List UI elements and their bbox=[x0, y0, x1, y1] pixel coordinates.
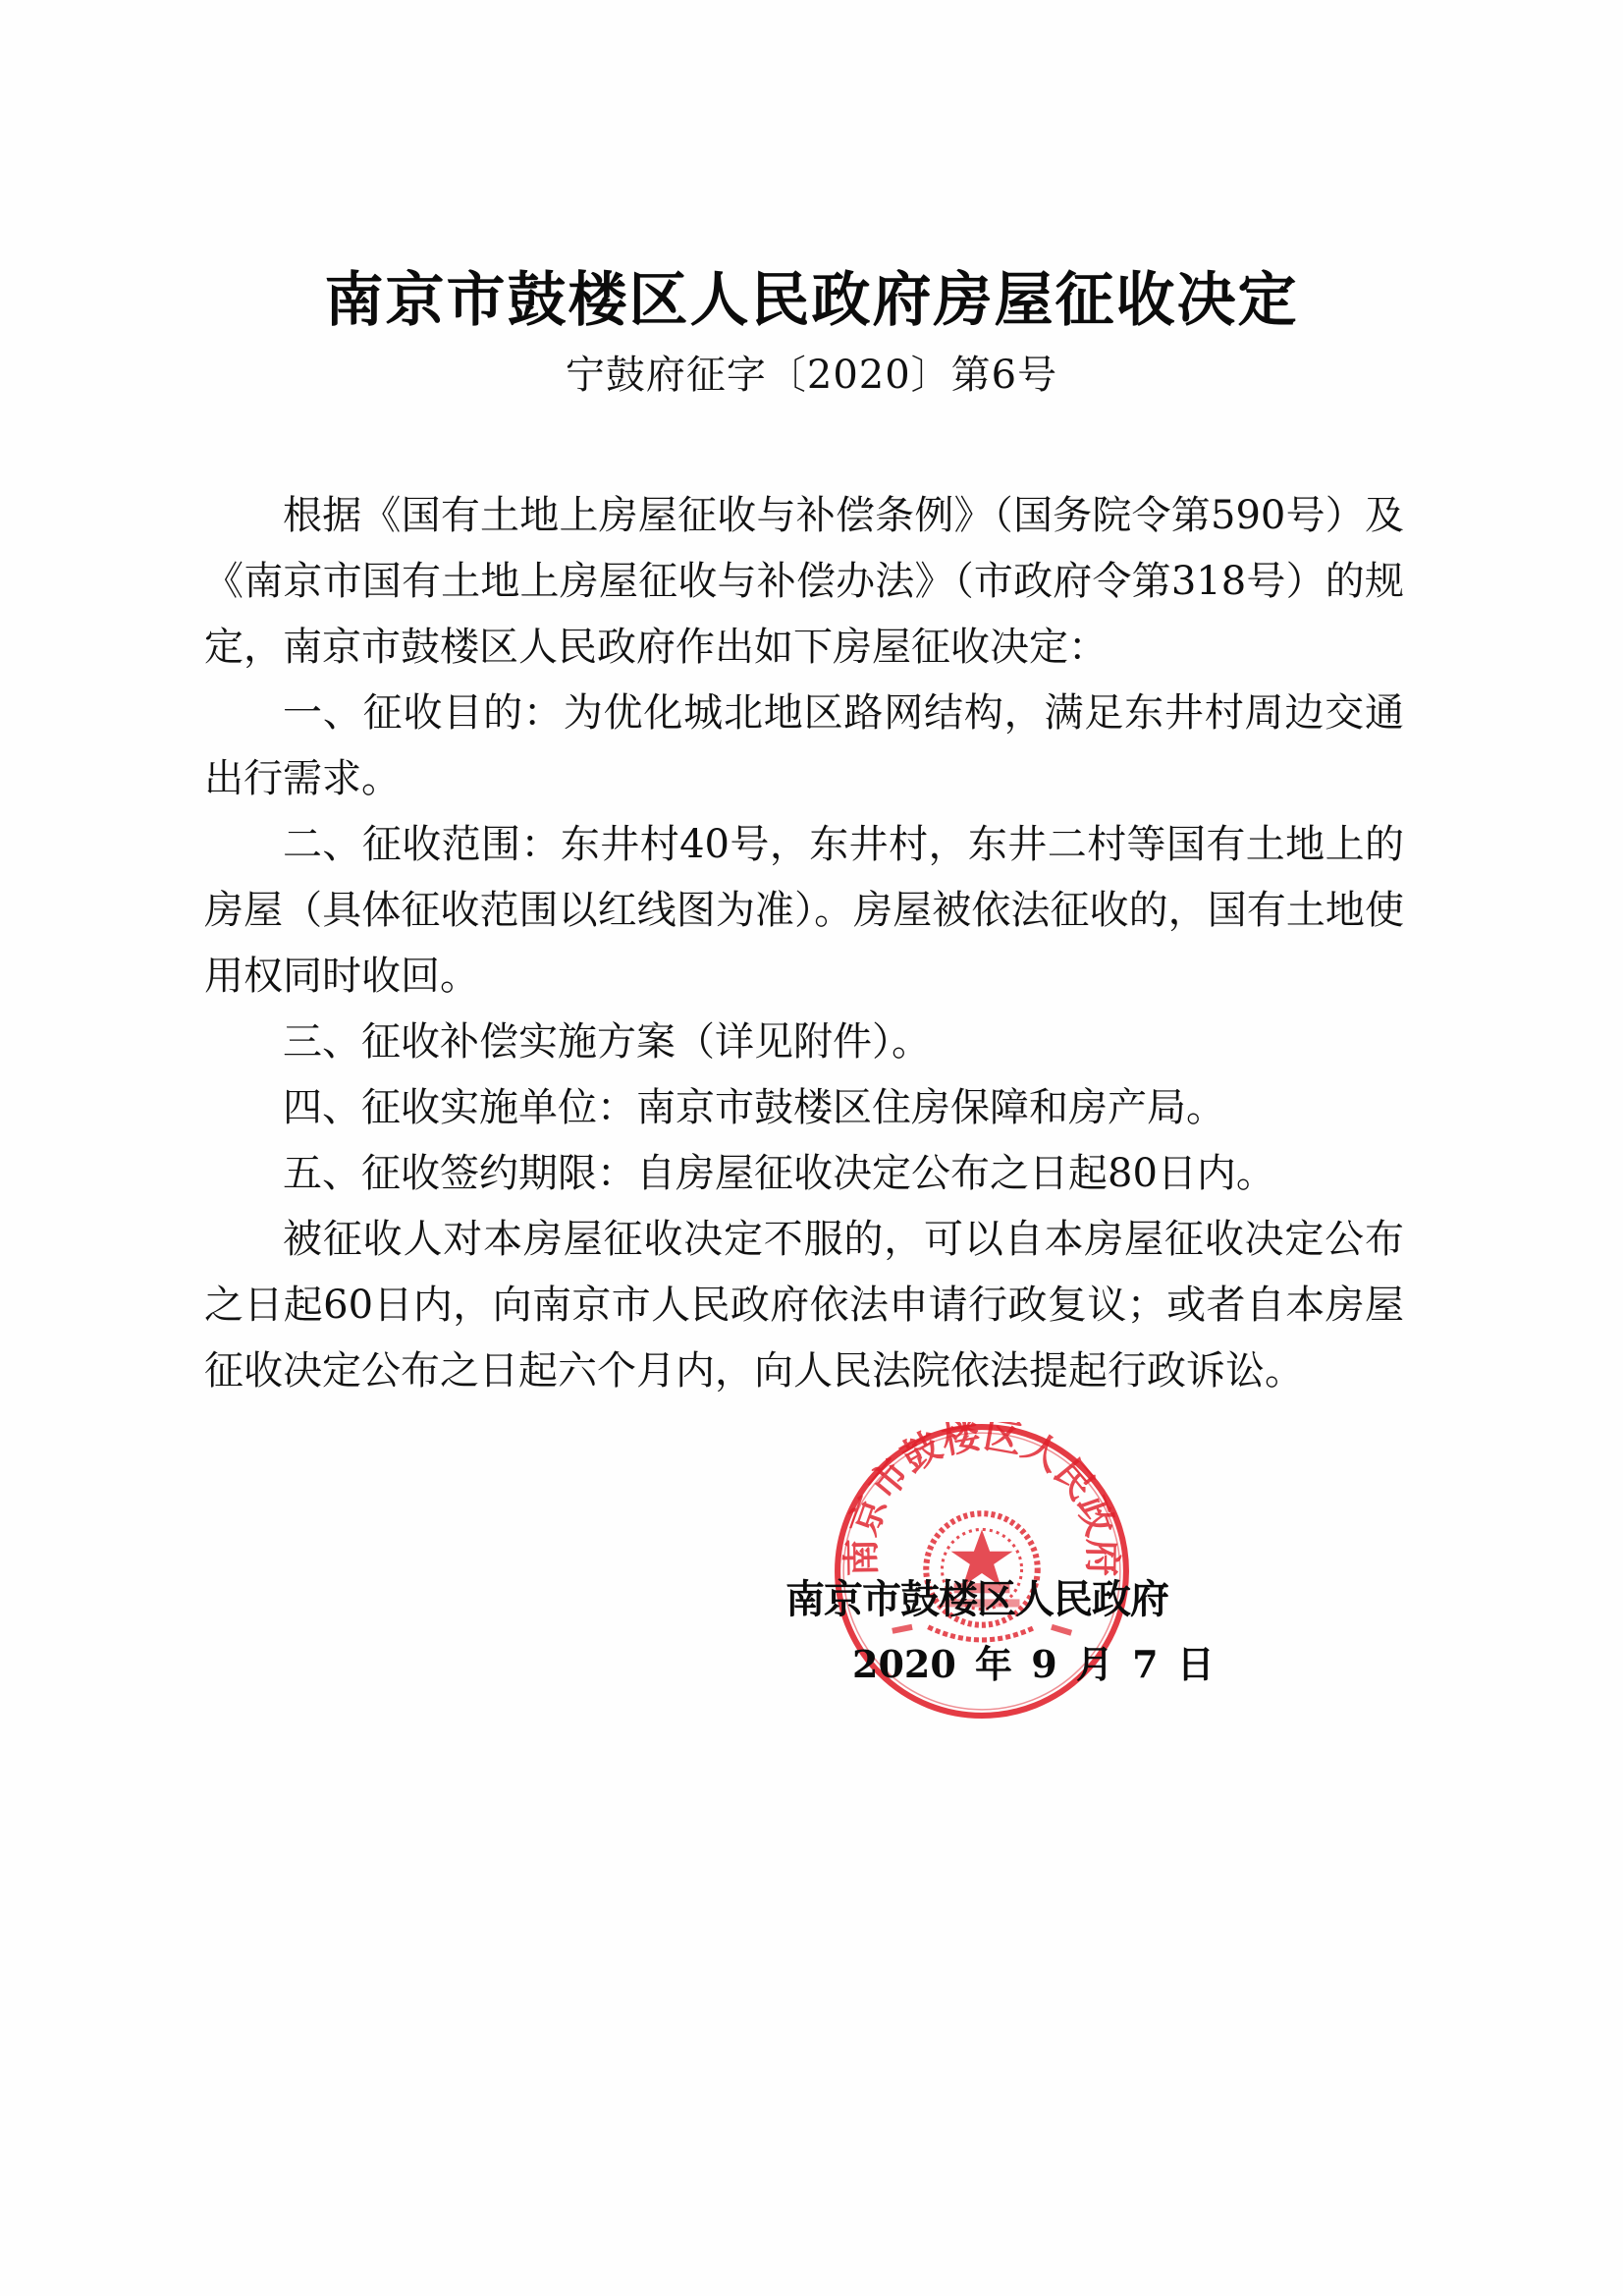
clause-compensation-plan: 三、征收补偿实施方案（详见附件）。 bbox=[204, 1010, 1404, 1075]
clause-purpose: 一、征收目的：为优化城北地区路网结构，满足东井村周边交通出行需求。 bbox=[204, 681, 1404, 812]
document-body: 根据《国有土地上房屋征收与补偿条例》（国务院令第590号）及《南京市国有土地上房… bbox=[204, 483, 1404, 1404]
document-number: 宁鼓府征字〔2020〕第6号 bbox=[0, 344, 1623, 400]
document-title: 南京市鼓楼区人民政府房屋征收决定 bbox=[0, 253, 1623, 338]
appeal-paragraph: 被征收人对本房屋征收决定不服的，可以自本房屋征收决定公布之日起60日内，向南京市… bbox=[204, 1207, 1404, 1404]
clause-scope: 二、征收范围：东井村40号，东井村，东井二村等国有土地上的房屋（具体征收范围以红… bbox=[204, 812, 1404, 1010]
clause-implementing-unit: 四、征收实施单位：南京市鼓楼区住房保障和房产局。 bbox=[204, 1075, 1404, 1141]
clause-signing-period: 五、征收签约期限：自房屋征收决定公布之日起80日内。 bbox=[204, 1141, 1404, 1207]
issue-date: 2020 年 9 月 7 日 bbox=[852, 1634, 1215, 1688]
preamble-paragraph: 根据《国有土地上房屋征收与补偿条例》（国务院令第590号）及《南京市国有土地上房… bbox=[204, 483, 1404, 681]
issuer-signature: 南京市鼓楼区人民政府 bbox=[785, 1568, 1178, 1624]
document-page: 南京市鼓楼区人民政府房屋征收决定 宁鼓府征字〔2020〕第6号 根据《国有土地上… bbox=[0, 0, 1623, 2296]
